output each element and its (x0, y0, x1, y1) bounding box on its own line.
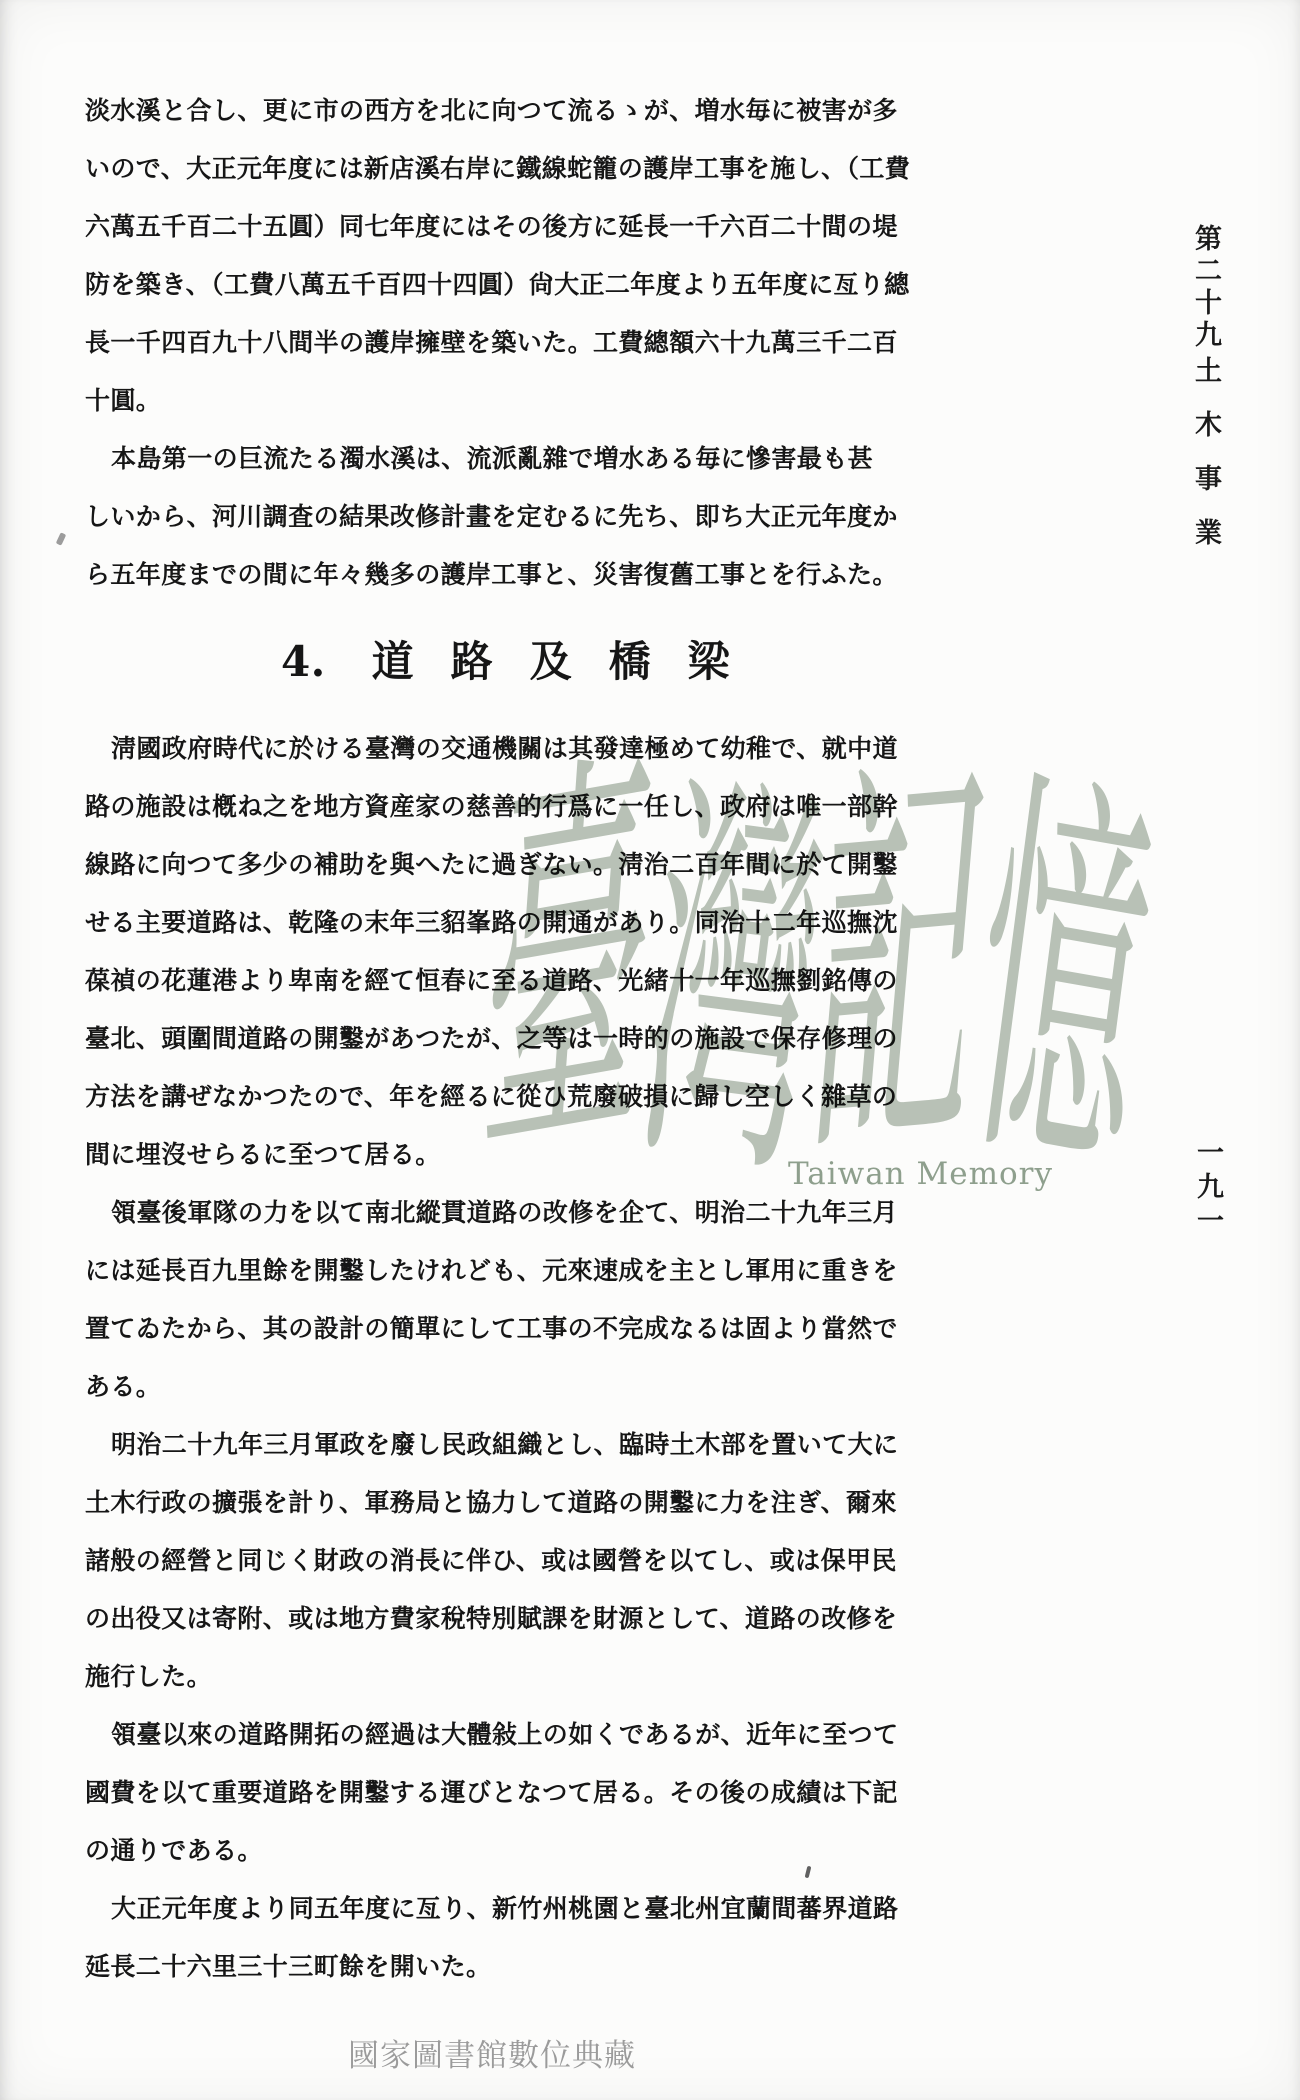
text-line: 路の施設は槪ね之を地方資産家の慈善的行爲に一任し、政府は唯一部幹 (85, 778, 887, 836)
text-line: せる主要道路は、乾隆の末年三貂峯路の開通があり。同治十二年巡撫沈 (85, 894, 887, 952)
text-line: 領臺以來の道路開拓の經過は大體敍上の如くであるが、近年に至つて (85, 1706, 887, 1764)
paragraph: 淸國政府時代に於ける臺灣の交通機關は其發達極めて幼稚で、就中道 路の施設は槪ね之… (85, 720, 887, 1184)
paragraph: 本島第一の巨流たる濁水溪は、流派亂雜で増水ある毎に慘害最も甚 しいから、河川調査… (85, 430, 887, 604)
text-line: 葆禎の花蓮港より卑南を經て恒春に至る道路、光緒十一年巡撫劉銘傳の (85, 952, 887, 1010)
text-line: 淸國政府時代に於ける臺灣の交通機關は其發達極めて幼稚で、就中道 (85, 720, 887, 778)
text-line: 淡水溪と合し、更に市の西方を北に向つて流るゝが、増水毎に被害が多 (85, 82, 887, 140)
text-line: 臺北、頭圍間道路の開鑿があつたが、之等は一時的の施設で保存修理の (85, 1010, 887, 1068)
paragraph: 領臺以來の道路開拓の經過は大體敍上の如くであるが、近年に至つて 國費を以て重要道… (85, 1706, 887, 1880)
text-line: 間に埋沒せらるに至つて居る。 (85, 1126, 887, 1184)
page-number: 一九一 (1188, 1138, 1227, 1240)
text-line: の出役又は寄附、或は地方費家稅特別賦課を財源として、道路の改修を (85, 1590, 887, 1648)
text-line: 領臺後軍隊の力を以て南北縱貫道路の改修を企て、明治二十九年三月 (85, 1184, 887, 1242)
section-heading: 4.道路及橋梁 (85, 604, 887, 720)
paragraph: 領臺後軍隊の力を以て南北縱貫道路の改修を企て、明治二十九年三月 には延長百九里餘… (85, 1184, 887, 1416)
text-line: 長一千四百九十八間半の護岸擁壁を築いた。工費總額六十九萬三千二百 (85, 314, 887, 372)
text-line: 國費を以て重要道路を開鑿する運びとなつて居る。その後の成績は下記 (85, 1764, 887, 1822)
watermark-char: 憶 (960, 758, 1136, 1197)
text-line: の通りである。 (85, 1822, 887, 1880)
text-line: ある。 (85, 1358, 887, 1416)
text-line: 延長二十六里三十三町餘を開いた。 (85, 1938, 887, 1996)
paragraph: 明治二十九年三月軍政を廢し民政組織とし、臨時土木部を置いて大に 土木行政の擴張を… (85, 1416, 887, 1706)
text-line: 大正元年度より同五年度に亙り、新竹州桃園と臺北州宜蘭間蕃界道路 (85, 1880, 887, 1938)
section-number: 4. (281, 604, 326, 720)
text-line: 線路に向つて多少の補助を與へたに過ぎない。淸治二百年間に於て開鑿 (85, 836, 887, 894)
text-line: 防を築き、（工費八萬五千百四十四圓）尙大正二年度より五年度に亙り總 (85, 256, 887, 314)
section-title: 道路及橋梁 (372, 604, 767, 720)
text-line: 置てゐたから、其の設計の簡單にして工事の不完成なるは固より當然で (85, 1300, 887, 1358)
margin-chapter-label: 第二十九 (1186, 224, 1225, 352)
text-line: 明治二十九年三月軍政を廢し民政組織とし、臨時土木部を置いて大に (85, 1416, 887, 1474)
scan-noise-speck (56, 532, 67, 545)
scanned-book-page: 淡水溪と合し、更に市の西方を北に向つて流るゝが、増水毎に被害が多 いので、大正元… (0, 0, 1300, 2100)
text-line: 諸般の經營と同じく財政の消長に伴ひ、或は國營を以てし、或は保甲民 (85, 1532, 887, 1590)
text-line: 施行した。 (85, 1648, 887, 1706)
text-line: いので、大正元年度には新店溪右岸に鐵線蛇籠の護岸工事を施し、（工費 (85, 140, 887, 198)
text-line: 十圓。 (85, 372, 887, 430)
text-line: 六萬五千百二十五圓）同七年度にはその後方に延長一千六百二十間の堤 (85, 198, 887, 256)
text-line: 土木行政の擴張を計り、軍務局と協力して道路の開鑿に力を注ぎ、爾來 (85, 1474, 887, 1532)
text-line: しいから、河川調査の結果改修計畫を定むるに先ち、即ち大正元年度か (85, 488, 887, 546)
paragraph: 大正元年度より同五年度に亙り、新竹州桃園と臺北州宜蘭間蕃界道路 延長二十六里三十… (85, 1880, 887, 1996)
paragraph: 淡水溪と合し、更に市の西方を北に向つて流るゝが、増水毎に被害が多 いので、大正元… (85, 82, 887, 430)
text-line: 本島第一の巨流たる濁水溪は、流派亂雜で増水ある毎に慘害最も甚 (85, 430, 887, 488)
text-line: には延長百九里餘を開鑿したけれども、元來速成を主とし軍用に重きを (85, 1242, 887, 1300)
archive-footer-label: 國家圖書館數位典藏 (348, 2030, 638, 2075)
text-line: 方法を講ぜなかつたので、年を經るに從ひ荒廢破損に歸し空しく雜草の (85, 1068, 887, 1126)
margin-section-label: 土木事業 (1186, 356, 1225, 572)
text-column: 淡水溪と合し、更に市の西方を北に向つて流るゝが、増水毎に被害が多 いので、大正元… (85, 82, 887, 1996)
text-line: ら五年度までの間に年々幾多の護岸工事と、災害復舊工事とを行ふた。 (85, 546, 887, 604)
